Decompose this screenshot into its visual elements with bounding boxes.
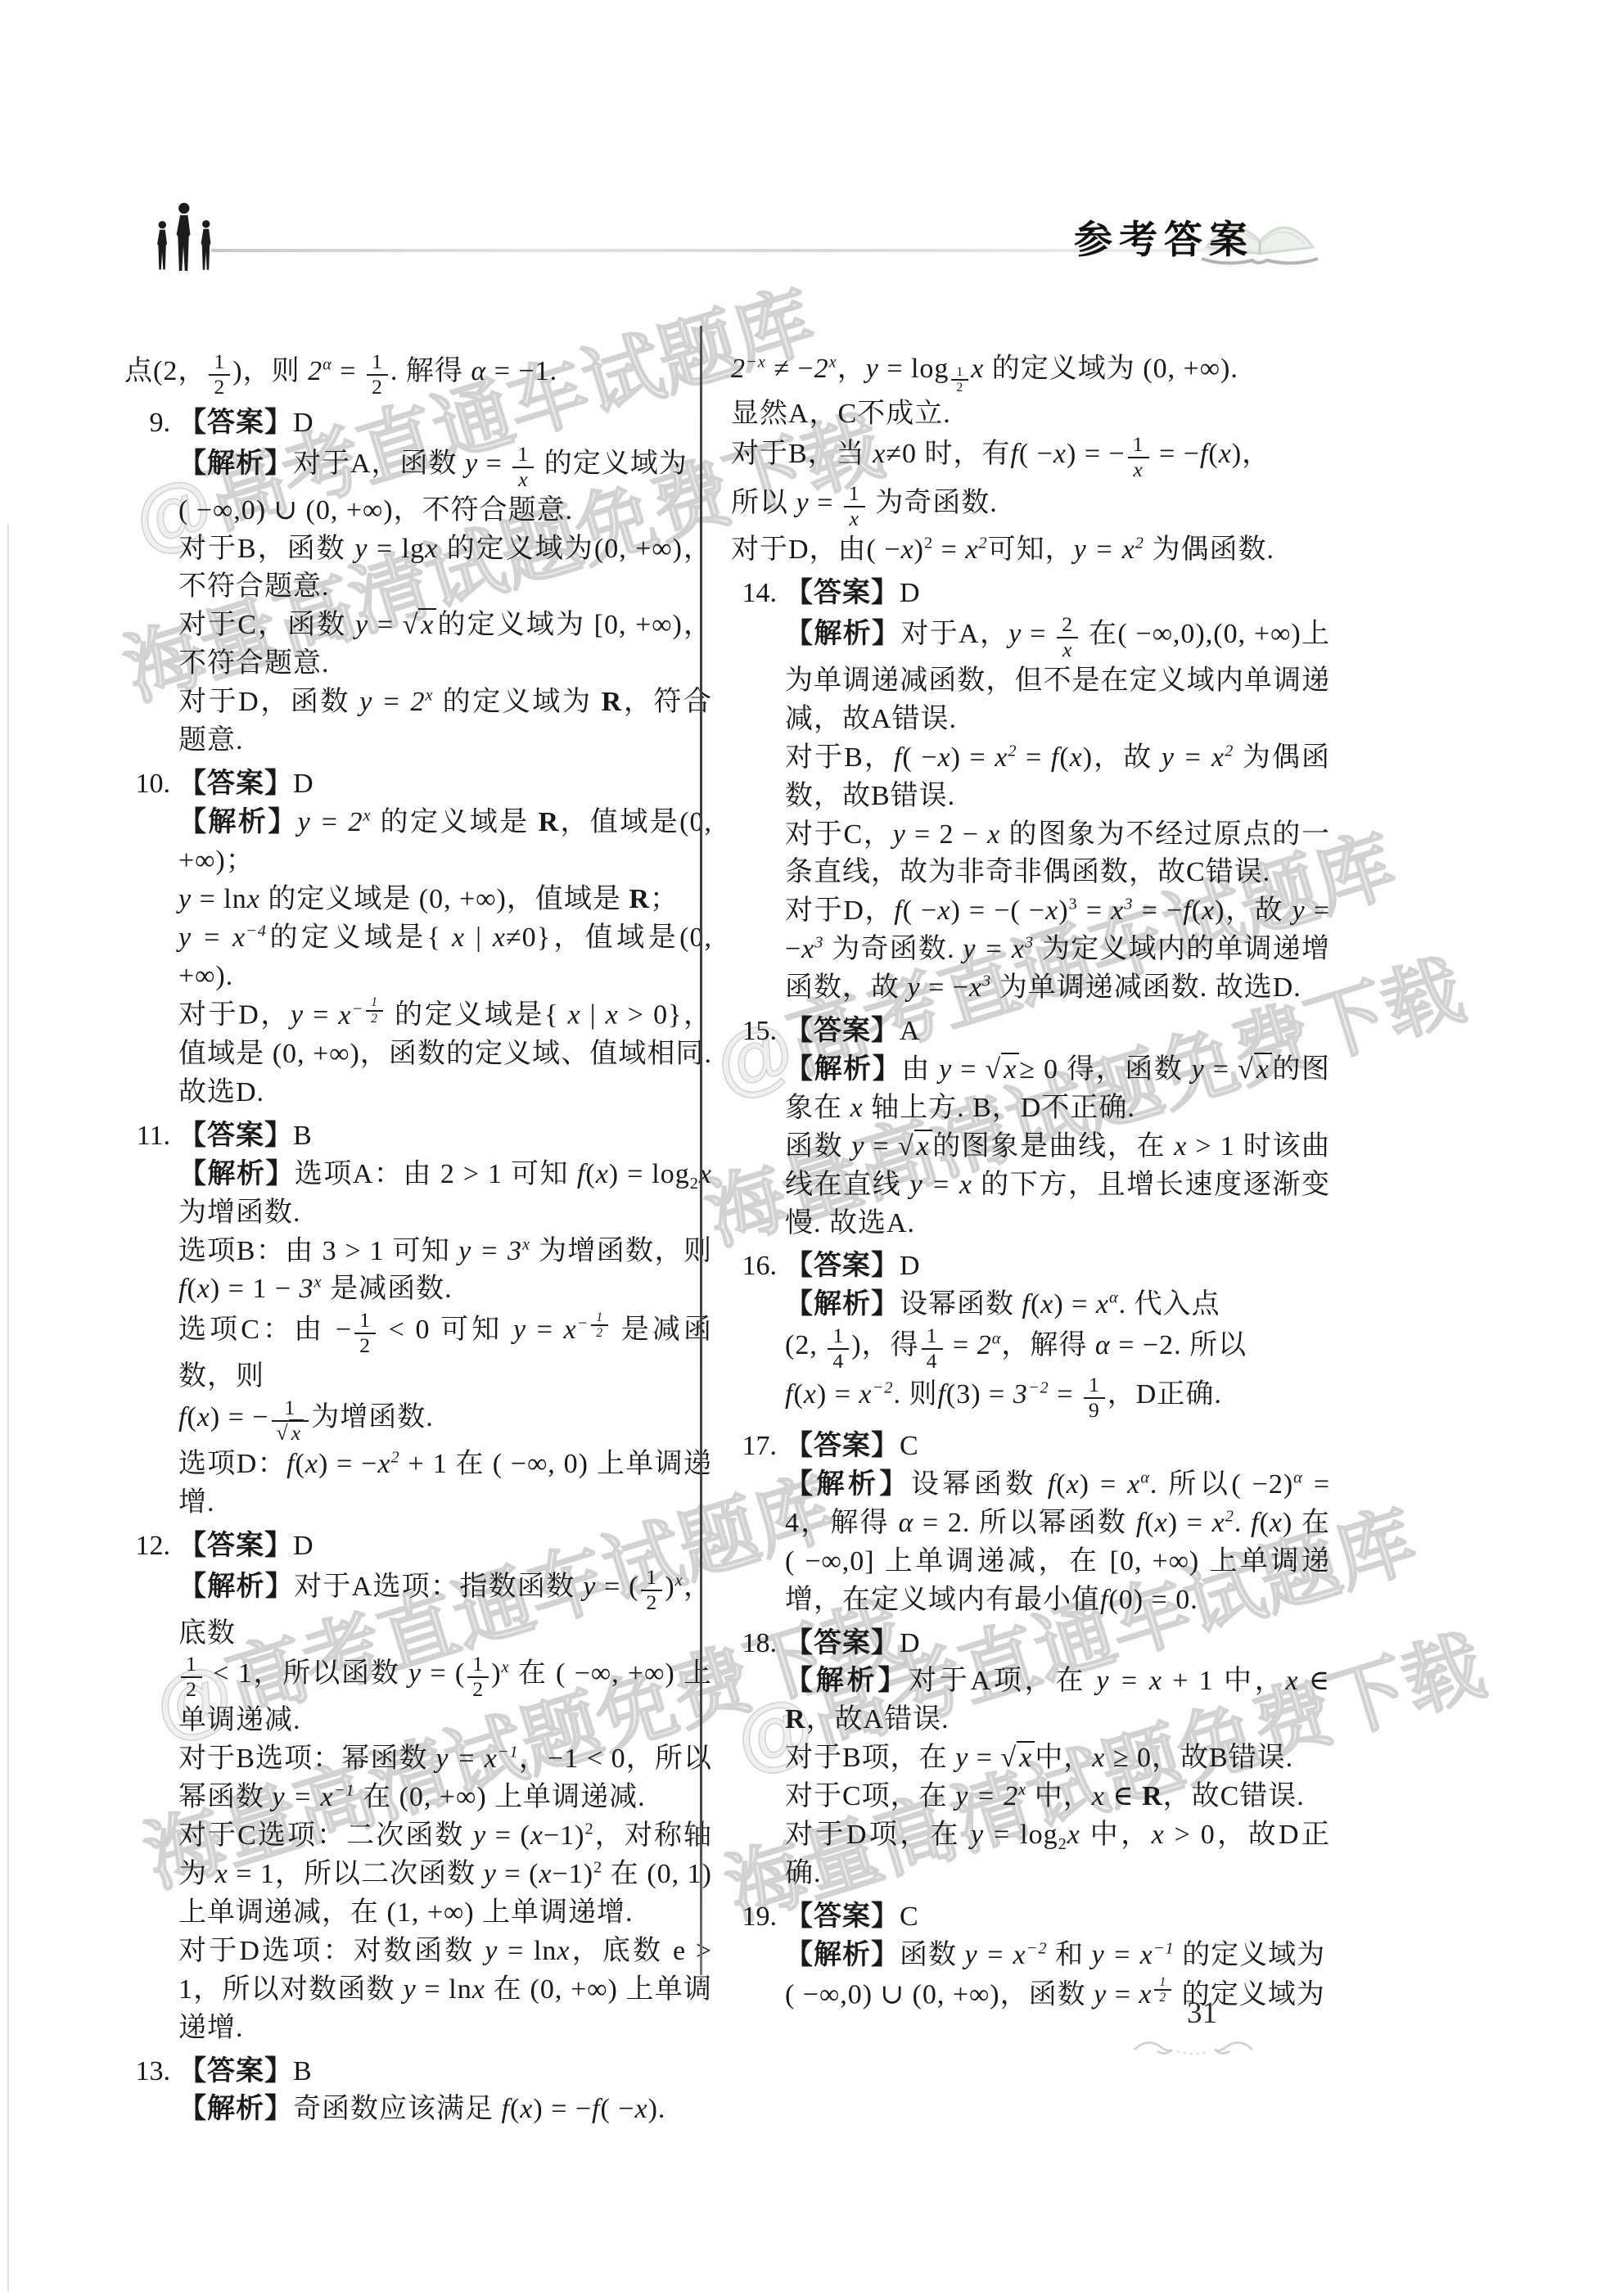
answer-item: 16.【答案】D【解析】设幂函数 f(x) = xα. 代入点(2, 14)，得… (731, 1247, 1330, 1423)
analysis-paragraph: y = lnx 的定义域是 (0, +∞)，值域是 R； (178, 881, 712, 919)
analysis-paragraph: 【解析】函数 y = x−2 和 y = x−1 的定义域为 (785, 1937, 1330, 1975)
answer-item: 17.【答案】C【解析】设幂函数 f(x) = xα. 所以( −2)α = 4… (731, 1428, 1330, 1620)
answer-item: 18.【答案】D【解析】对于A项，在 y = x + 1 中，x ∈ R，故A错… (731, 1625, 1330, 1893)
analysis-paragraph: 12 < 1，所以函数 y = (12)x 在 ( −∞, +∞) 上单调递减. (178, 1653, 712, 1740)
answer-line: 【答案】D (785, 1247, 1330, 1286)
analysis-paragraph: 函数 y = √x的图象是曲线，在 x > 1 时该曲线在直线 y = x 的下… (785, 1128, 1330, 1243)
question-number: 18. (731, 1625, 785, 1893)
answer-body: 【答案】D【解析】对于A，函数 y = 1x 的定义域为( −∞,0) ∪ (0… (178, 404, 712, 760)
answer-line: 【答案】A (785, 1013, 1330, 1051)
analysis-paragraph: 【解析】对于A，函数 y = 1x 的定义域为 (178, 443, 712, 492)
answer-item: 9.【答案】D【解析】对于A，函数 y = 1x 的定义域为( −∞,0) ∪ … (124, 404, 712, 760)
question-number: 16. (731, 1247, 785, 1423)
analysis-paragraph: 【解析】对于A项，在 y = x + 1 中，x ∈ R，故A错误. (785, 1662, 1330, 1739)
answer-item: 14.【答案】D【解析】对于A，y = 2x 在( −∞,0),(0, +∞)上… (731, 575, 1330, 1008)
scan-edge-line (7, 524, 9, 2292)
question-number: 11. (124, 1117, 178, 1522)
analysis-paragraph: 对于D选项：对数函数 y = lnx，底数 e > 1，所以对数函数 y = l… (178, 1933, 712, 2048)
analysis-paragraph: 对于C选项：二次函数 y = (x−1)2，对称轴为 x = 1，所以二次函数 … (178, 1817, 712, 1933)
analysis-paragraph: 【解析】奇函数应该满足 f(x) = −f( −x). (178, 2091, 712, 2129)
answer-item: 11.【答案】B【解析】选项A：由 2 > 1 可知 f(x) = log2x … (124, 1117, 712, 1522)
analysis-paragraph: f(x) = −1√x为增函数. (178, 1396, 712, 1446)
analysis-paragraph: 对于B，函数 y = lgx 的定义域为(0, +∞)，不符合题意. (178, 530, 712, 607)
answer-line: 【答案】D (785, 575, 1330, 613)
answer-body: 【答案】A【解析】由 y = √x≥ 0 得，函数 y = √x的图象在 x 轴… (785, 1013, 1330, 1243)
answer-item: 19.【答案】C【解析】函数 y = x−2 和 y = x−1 的定义域为( … (731, 1898, 1330, 2014)
analysis-paragraph: 对于D，y = x−12 的定义域是{ x | x > 0}，值域是 (0, +… (178, 995, 712, 1112)
answer-body: 【答案】C【解析】设幂函数 f(x) = xα. 所以( −2)α = 4，解得… (785, 1428, 1330, 1620)
answer-item: 12.【答案】D【解析】对于A选项：指数函数 y = (12)x，底数12 < … (124, 1527, 712, 2048)
analysis-paragraph: 【解析】由 y = √x≥ 0 得，函数 y = √x的图象在 x 轴上方. B… (785, 1051, 1330, 1128)
answer-line: 【答案】B (178, 1117, 712, 1156)
analysis-paragraph: 【解析】对于A选项：指数函数 y = (12)x，底数 (178, 1566, 712, 1653)
answer-body: 【答案】D【解析】对于A选项：指数函数 y = (12)x，底数12 < 1，所… (178, 1527, 712, 2048)
analysis-paragraph: 对于B项，在 y = √x中，x ≥ 0，故B错误. (785, 1739, 1330, 1778)
continued-paragraph: 2−x ≠ −2x，y = log12x 的定义域为 (0, +∞). (731, 350, 1330, 395)
answer-body: 【答案】D【解析】对于A项，在 y = x + 1 中，x ∈ R，故A错误.对… (785, 1625, 1330, 1893)
answer-item: 10.【答案】D【解析】y = 2x 的定义域是 R，值域是(0, +∞)；y … (124, 765, 712, 1112)
analysis-paragraph: 对于D，函数 y = 2x 的定义域为 R，符合题意. (178, 683, 712, 760)
analysis-paragraph: 选项B：由 3 > 1 可知 y = 3x 为增函数，则 f(x) = 1 − … (178, 1233, 712, 1310)
analysis-paragraph: f(x) = x−2. 则f(3) = 3−2 = 19，D正确. (785, 1374, 1330, 1423)
question-number: 12. (124, 1527, 178, 2048)
answer-body: 【答案】D【解析】y = 2x 的定义域是 R，值域是(0, +∞)；y = l… (178, 765, 712, 1112)
answer-line: 【答案】D (178, 1527, 712, 1566)
page-number: 31 (1187, 1996, 1217, 2031)
continued-paragraph: 点(2，12)，则 2α = 12. 解得 α = −1. (124, 350, 712, 399)
answer-line: 【答案】D (785, 1625, 1330, 1663)
answer-line: 【答案】C (785, 1898, 1330, 1937)
continued-paragraph: 所以 y = 1x 为奇函数. (731, 482, 1330, 531)
answer-line: 【答案】C (785, 1428, 1330, 1466)
answers-column-right: 2−x ≠ −2x，y = log12x 的定义域为 (0, +∞).显然A，C… (731, 350, 1330, 2014)
analysis-paragraph: 对于C项，在 y = 2x 中，x ∈ R，故C错误. (785, 1778, 1330, 1816)
analysis-paragraph: ( −∞,0) ∪ (0, +∞)，函数 y = x12 的定义域为 (785, 1975, 1330, 2015)
answer-body: 【答案】D【解析】对于A，y = 2x 在( −∞,0),(0, +∞)上为单调… (785, 575, 1330, 1008)
answer-body: 【答案】D【解析】设幂函数 f(x) = xα. 代入点(2, 14)，得14 … (785, 1247, 1330, 1423)
answer-line: 【答案】D (178, 765, 712, 804)
answer-line: 【答案】B (178, 2053, 712, 2091)
page: 参考答案 @高考直通车试题库海量高清试题免费下载@高考直通车试题库海量高清试题免… (0, 0, 1624, 2296)
column-divider (700, 326, 702, 1975)
answer-body: 【答案】C【解析】函数 y = x−2 和 y = x−1 的定义域为( −∞,… (785, 1898, 1330, 2014)
analysis-paragraph: 【解析】设幂函数 f(x) = xα. 所以( −2)α = 4，解得 α = … (785, 1466, 1330, 1620)
answer-item: 15.【答案】A【解析】由 y = √x≥ 0 得，函数 y = √x的图象在 … (731, 1013, 1330, 1243)
analysis-paragraph: 对于B选项：幂函数 y = x−1，−1 < 0，所以幂函数 y = x−1 在… (178, 1740, 712, 1817)
question-number: 17. (731, 1428, 785, 1620)
analysis-paragraph: ( −∞,0) ∪ (0, +∞)，不符合题意. (178, 492, 712, 530)
flourish-graphic (1131, 2032, 1256, 2063)
question-number: 15. (731, 1013, 785, 1243)
analysis-paragraph: 【解析】设幂函数 f(x) = xα. 代入点 (785, 1286, 1330, 1324)
analysis-paragraph: 【解析】y = 2x 的定义域是 R，值域是(0, +∞)； (178, 804, 712, 881)
analysis-paragraph: 选项D：f(x) = −x2 + 1 在 ( −∞, 0) 上单调递增. (178, 1446, 712, 1522)
analysis-paragraph: 【解析】选项A：由 2 > 1 可知 f(x) = log2x 为增函数. (178, 1156, 712, 1233)
analysis-paragraph: y = x−4的定义域是{ x | x≠0}，值域是(0, +∞). (178, 919, 712, 996)
question-number: 10. (124, 765, 178, 1112)
answer-body: 【答案】B【解析】奇函数应该满足 f(x) = −f( −x). (178, 2053, 712, 2130)
continued-paragraph: 对于B，当 x≠0 时，有f( −x) = −1x = −f(x)， (731, 433, 1330, 482)
continued-paragraph: 对于D，由( −x)2 = x2可知，y = x2 为偶函数. (731, 531, 1330, 570)
continued-paragraph: 显然A，C不成立. (731, 395, 1330, 434)
answer-item: 13.【答案】B【解析】奇函数应该满足 f(x) = −f( −x). (124, 2053, 712, 2130)
analysis-paragraph: 对于D，f( −x) = −( −x)3 = x3 = −f(x)，故 y = … (785, 892, 1330, 1008)
page-title: 参考答案 (1074, 210, 1254, 264)
answer-body: 【答案】B【解析】选项A：由 2 > 1 可知 f(x) = log2x 为增函… (178, 1117, 712, 1522)
answer-line: 【答案】D (178, 404, 712, 443)
analysis-paragraph: 对于B，f( −x) = x2 = f(x)，故 y = x2 为偶函数，故B错… (785, 739, 1330, 816)
answers-column-left: 点(2，12)，则 2α = 12. 解得 α = −1.9.【答案】D【解析】… (124, 350, 712, 2129)
people-logo-icon (152, 201, 218, 278)
question-number: 14. (731, 575, 785, 1008)
analysis-paragraph: 【解析】对于A，y = 2x 在( −∞,0),(0, +∞)上为单调递减函数，… (785, 613, 1330, 739)
analysis-paragraph: (2, 14)，得14 = 2α，解得 α = −2. 所以 (785, 1324, 1330, 1374)
question-number: 13. (124, 2053, 178, 2130)
analysis-paragraph: 对于D项，在 y = log2x 中，x > 0，故D正确. (785, 1816, 1330, 1893)
question-number: 19. (731, 1898, 785, 2014)
analysis-paragraph: 选项C：由 −12 < 0 可知 y = x−12 是减函数，则 (178, 1309, 712, 1396)
question-number: 9. (124, 404, 178, 760)
analysis-paragraph: 对于C，函数 y = √x的定义域为 [0, +∞)，不符合题意. (178, 607, 712, 683)
analysis-paragraph: 对于C，y = 2 − x 的图象为不经过原点的一条直线，故为非奇非偶函数，故C… (785, 816, 1330, 893)
